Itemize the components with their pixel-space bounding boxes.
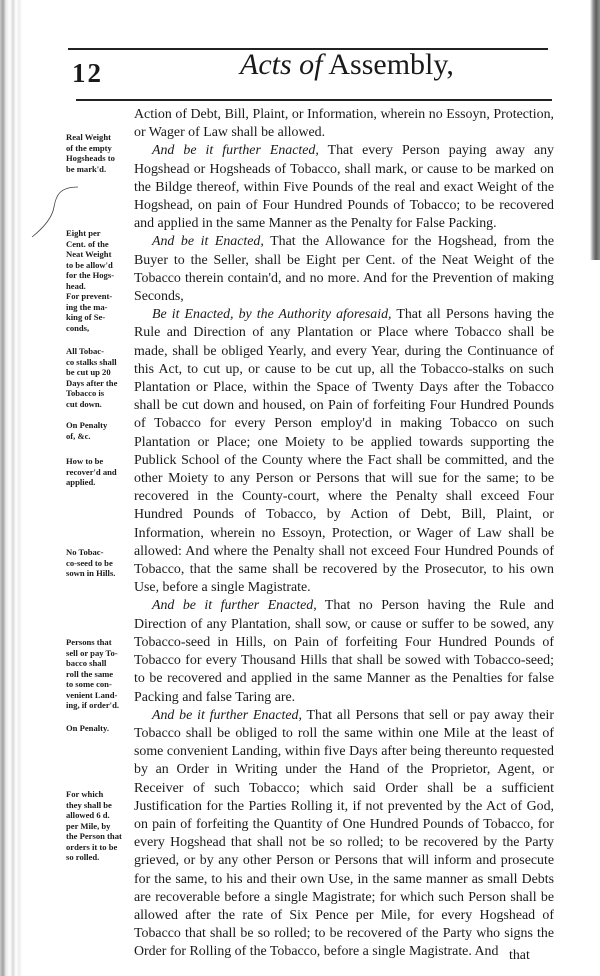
margin-note: For whichthey shall beallowed 6 d.per Mi… <box>66 789 146 863</box>
handwritten-bracket-mark <box>30 185 80 245</box>
running-head: Acts of Assembly, <box>240 48 454 82</box>
margin-note: Real Weightof the emptyHogsheads tobe ma… <box>66 132 146 174</box>
scan-binding-edge <box>0 0 22 976</box>
paragraph: And be it Enacted, That the Allowance fo… <box>134 233 554 306</box>
header-rule-bottom <box>76 99 552 101</box>
margin-note: No Tobac-co-seed to besown in Hills. <box>66 547 146 579</box>
margin-note: On Penaltyof, &c. <box>66 420 146 441</box>
page-number: 12 <box>72 58 103 89</box>
paragraph: And be it further Enacted, That all Pers… <box>134 707 554 962</box>
margin-note: On Penalty. <box>66 723 146 734</box>
margin-note: All Tobac-co stalks shallbe cut up 20Day… <box>66 346 146 409</box>
body-text: Action of Debt, Bill, Plaint, or Informa… <box>134 106 554 962</box>
paragraph: And be it further Enacted, That every Pe… <box>134 142 554 233</box>
running-head-italic: Acts of <box>240 48 323 81</box>
paragraph: Action of Debt, Bill, Plaint, or Informa… <box>134 106 554 142</box>
margin-note: For prevent-ing the ma-king of Se-conds, <box>66 291 146 333</box>
running-head-roman: Assembly, <box>328 48 454 81</box>
margin-note: How to berecover'd andapplied. <box>66 456 146 488</box>
catchword: that <box>509 948 530 964</box>
scan-page-edge <box>590 0 600 260</box>
paragraph: And be it further Enacted, That no Perso… <box>134 597 554 706</box>
margin-note: Persons thatsell or pay To-bacco shallro… <box>66 637 146 711</box>
paragraph: Be it Enacted, by the Authority aforesai… <box>134 306 554 597</box>
